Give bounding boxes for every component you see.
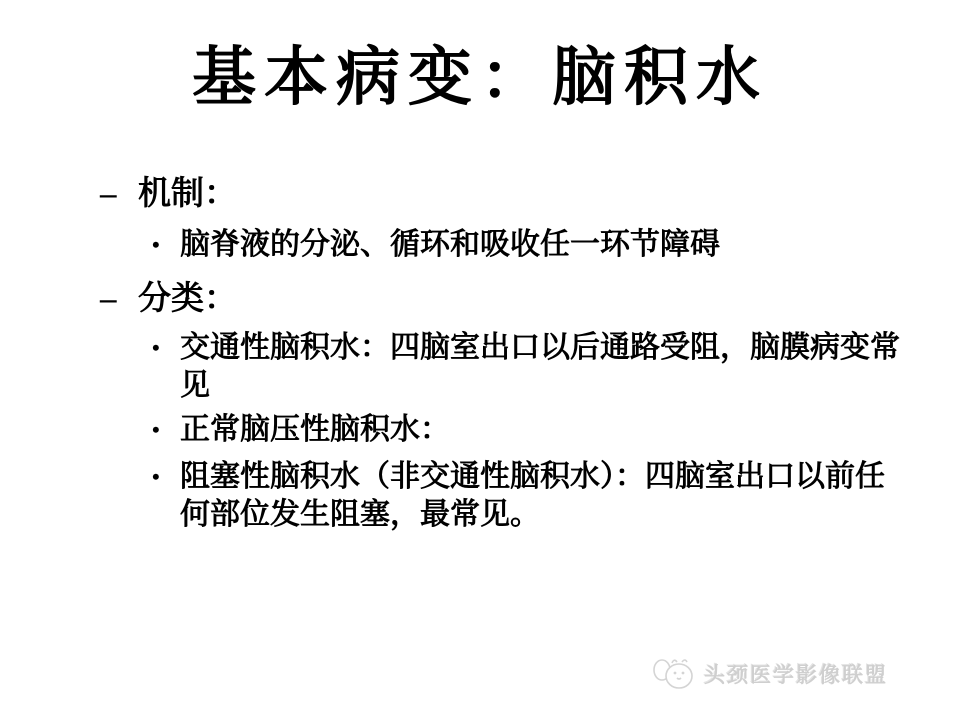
dash-bullet: – (100, 172, 138, 216)
bullet-text: 正常脑压性脑积水： (180, 411, 450, 449)
bullet-normal-pressure-hydrocephalus: • 正常脑压性脑积水： (152, 411, 908, 449)
section-classification-heading: – 分类： (100, 277, 908, 321)
dot-bullet: • (152, 226, 180, 264)
section-mechanism-heading: – 机制： (100, 172, 908, 216)
bullet-obstructive-hydrocephalus: • 阻塞性脑积水（非交通性脑积水）：四脑室出口以前任何部位发生阻塞，最常见。 (152, 458, 908, 534)
watermark-mascot-icon (652, 656, 696, 692)
section-label: 机制： (138, 172, 237, 216)
bullet-communicating-hydrocephalus: • 交通性脑积水：四脑室出口以后通路受阻，脑膜病变常见 (152, 329, 908, 405)
section-label: 分类： (138, 277, 237, 321)
dot-bullet: • (152, 411, 180, 449)
presentation-slide: 基本病变：脑积水 – 机制： • 脑脊液的分泌、循环和吸收任一环节障碍 – 分类… (0, 0, 960, 720)
dot-bullet: • (152, 329, 180, 367)
dot-bullet: • (152, 458, 180, 496)
bullet-text: 阻塞性脑积水（非交通性脑积水）：四脑室出口以前任何部位发生阻塞，最常见。 (180, 458, 908, 534)
slide-title: 基本病变：脑积水 (0, 36, 960, 119)
bullet-csf-mechanism: • 脑脊液的分泌、循环和吸收任一环节障碍 (152, 226, 908, 264)
dash-bullet: – (100, 277, 138, 321)
bullet-text: 脑脊液的分泌、循环和吸收任一环节障碍 (180, 226, 720, 264)
bullet-text: 交通性脑积水：四脑室出口以后通路受阻，脑膜病变常见 (180, 329, 908, 405)
slide-body: – 机制： • 脑脊液的分泌、循环和吸收任一环节障碍 – 分类： • 交通性脑积… (100, 172, 908, 534)
watermark-text: 头颈医学影像联盟 (704, 659, 888, 689)
watermark: 头颈医学影像联盟 (652, 656, 888, 692)
